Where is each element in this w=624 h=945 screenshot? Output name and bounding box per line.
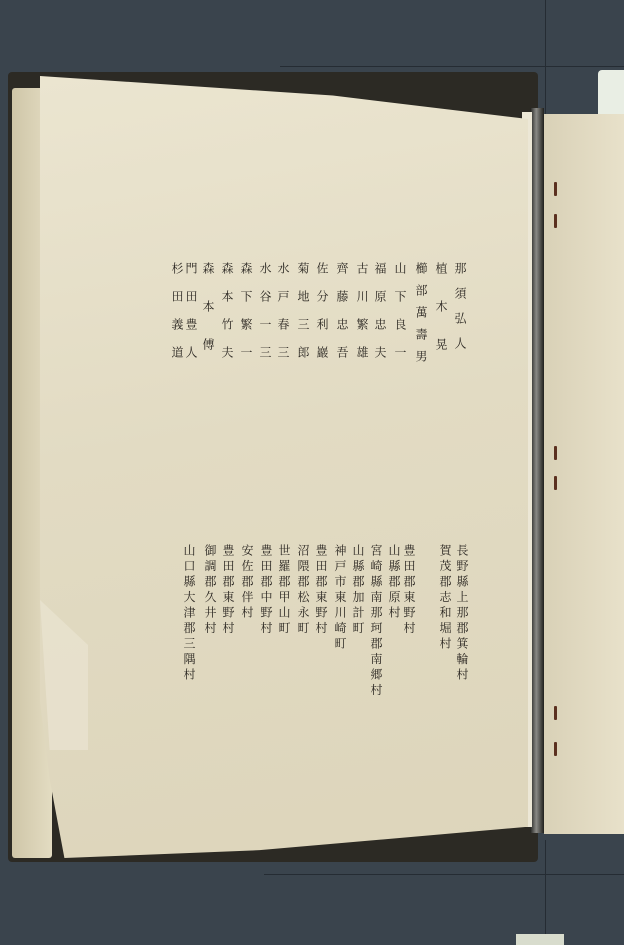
address-entry: 神戸市東川崎町: [333, 544, 347, 653]
binding-stitch: [554, 476, 557, 490]
address-entry: 沼隈郡松永町: [296, 544, 310, 637]
name-entry: 水戸春三: [276, 262, 290, 374]
address-entry: 山口縣大津郡三隅村: [182, 544, 196, 684]
background-line: [264, 874, 624, 875]
name-entry: 杉田義道: [170, 262, 184, 374]
name-entry: 佐分利巖: [315, 262, 329, 374]
address-entry: 豊田郡東野村: [402, 544, 416, 637]
address-entry: 豊田郡東野村: [314, 544, 328, 637]
binding-stitch: [554, 446, 557, 460]
address-entry: 山縣郡加計町: [351, 544, 365, 637]
binding-stitch: [554, 214, 557, 228]
name-entry: 山下良一: [393, 262, 407, 374]
name-entry: 森本傅: [201, 262, 215, 376]
name-entry: 福原忠夫: [373, 262, 387, 374]
book-spine: [530, 108, 544, 833]
address-entry: 長野縣上那郡箕輪村: [455, 544, 469, 684]
background-line: [545, 840, 546, 945]
address-entry: 山縣郡原村: [387, 544, 401, 622]
name-entry: 森本竹夫: [220, 262, 234, 374]
book-page: [40, 76, 528, 858]
address-entry: 世羅郡甲山町: [277, 544, 291, 637]
address-entry: 賀茂郡志和堀村: [438, 544, 452, 653]
name-entry: 那須弘人: [453, 262, 467, 362]
address-entry: 宮崎縣南那珂郡南郷村: [369, 544, 383, 699]
name-entry: 菊地三郎: [296, 262, 310, 374]
facing-page: [544, 114, 624, 834]
binding-stitch: [554, 706, 557, 720]
address-entry: 豊田郡東野村: [221, 544, 235, 637]
name-entry: 門田豊人: [184, 262, 198, 374]
name-entry: 古川繁雄: [355, 262, 369, 374]
binding-stitch: [554, 182, 557, 196]
background-line: [545, 0, 546, 120]
binding-stitch: [554, 742, 557, 756]
background-line: [280, 66, 624, 67]
name-entry: 櫛部萬壽男: [414, 262, 428, 372]
name-entry: 齊藤忠吾: [335, 262, 349, 374]
paper-tab: [598, 70, 624, 114]
address-entry: 豊田郡中野村: [259, 544, 273, 637]
paper-tab: [516, 934, 564, 945]
name-entry: 森下繁一: [239, 262, 253, 374]
name-entry: 水谷一三: [258, 262, 272, 374]
name-entry: 植木晃: [434, 262, 448, 376]
address-entry: 御調郡久井村: [203, 544, 217, 637]
address-entry: 安佐郡伴村: [240, 544, 254, 622]
